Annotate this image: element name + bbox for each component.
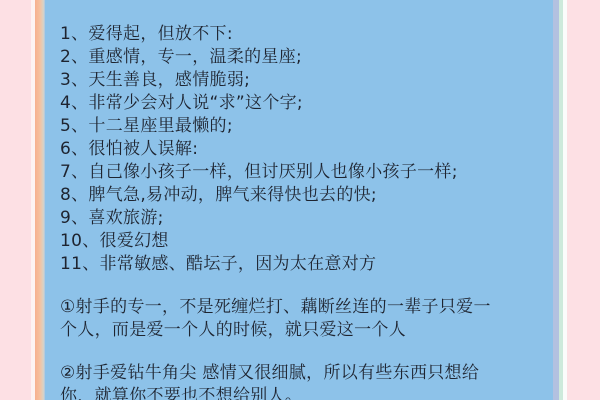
list-item: 4、非常少会对人说“求”这个字; (60, 92, 550, 115)
list-item: 6、很怕被人误解: (60, 138, 550, 161)
list-item: 10、很爱幻想 (60, 230, 550, 253)
spacer (60, 342, 550, 362)
paragraph-line: 个人，而是爱一个人的时候，就只爱这一个人 (60, 319, 500, 342)
list-item: 3、天生善良，感情脆弱; (60, 69, 550, 92)
left-border-peach-stripe (35, 0, 45, 400)
paragraph-line: 你，就算你不要也不想给别人。 (60, 385, 500, 400)
list-item: 11、非常敏感、酷坛子，因为太在意对方 (60, 253, 550, 276)
text-panel: 1、爱得起，但放不下: 2、重感情，专一，温柔的星座; 3、天生善良，感情脆弱;… (45, 0, 553, 400)
right-border-white-stripe (563, 0, 567, 400)
paragraph-line: ②射手爱钻牛角尖 感情又很细腻，所以有些东西只想给 (60, 362, 500, 385)
document-content: 1、爱得起，但放不下: 2、重感情，专一，温柔的星座; 3、天生善良，感情脆弱;… (60, 23, 550, 400)
paragraph-line: ①射手的专一，不是死缠烂打、藕断丝连的一辈子只爱一 (60, 296, 500, 319)
spacer (60, 276, 550, 296)
list-item: 2、重感情，专一，温柔的星座; (60, 46, 550, 69)
paragraph-1: ①射手的专一，不是死缠烂打、藕断丝连的一辈子只爱一 个人，而是爱一个人的时候，就… (60, 296, 500, 342)
list-item: 7、自己像小孩子一样，但讨厌别人也像小孩子一样; (60, 161, 550, 184)
paragraph-2: ②射手爱钻牛角尖 感情又很细腻，所以有些东西只想给 你，就算你不要也不想给别人。 (60, 362, 500, 400)
list-item: 5、十二星座里最懒的; (60, 115, 550, 138)
list-item: 9、喜欢旅游; (60, 207, 550, 230)
list-item: 8、脾气急,易冲动，脾气来得快也去的快; (60, 184, 550, 207)
list-item: 1、爱得起，但放不下: (60, 23, 550, 46)
